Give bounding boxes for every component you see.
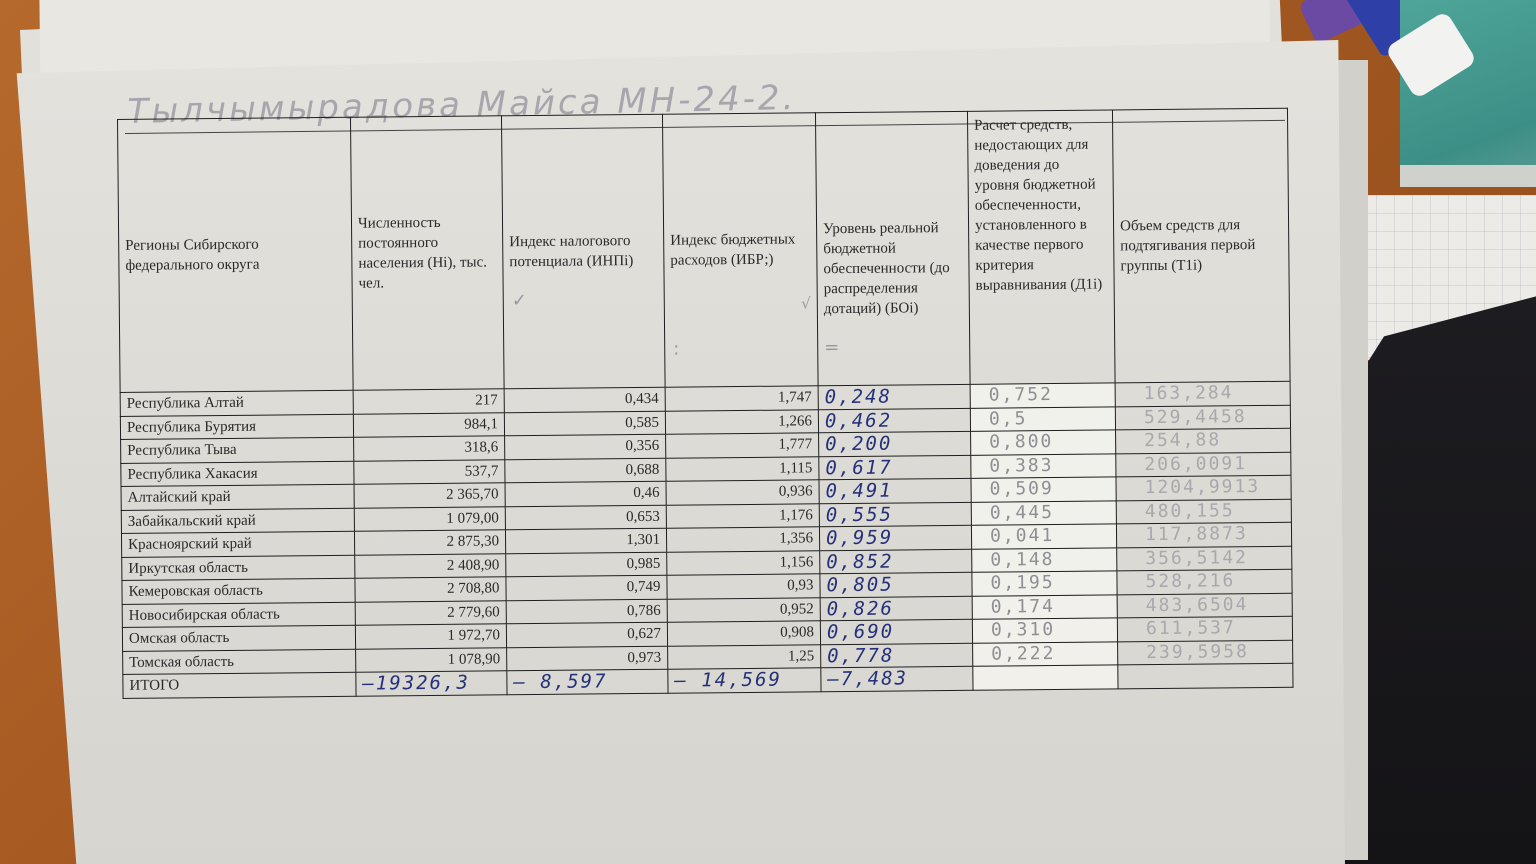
cell-budget-expenditure-index: 1,356 <box>666 527 819 552</box>
cell-budget-expenditure-index: 1,777 <box>666 433 819 458</box>
cell-region: Омская область <box>122 625 355 651</box>
cell-population: 1 078,90 <box>356 647 507 672</box>
cell-budget-expenditure-index: 1,176 <box>666 503 819 528</box>
cell-tax-potential-index: 0,653 <box>505 505 666 530</box>
header-text: Уровень реальной бюджетной обеспеченност… <box>823 178 963 319</box>
cell-first-group-funds: 206,0091 <box>1116 452 1291 477</box>
cell-shortfall: 0,5 <box>970 406 1115 431</box>
cell-shortfall: 0,310 <box>972 618 1117 643</box>
cell-tax-potential-index: 0,985 <box>506 552 667 577</box>
header-text: Индекс налогового потенциала (ИНПi) <box>509 233 633 270</box>
cell-region: Забайкальский край <box>121 508 354 534</box>
cell-budget-expenditure-index: 0,93 <box>667 574 820 599</box>
cell-shortfall: 0,222 <box>973 641 1118 666</box>
cell-population: 984,1 <box>353 412 504 437</box>
equals-mark: = <box>824 338 839 358</box>
cell-budget-sufficiency: 0,617 <box>819 455 971 480</box>
header-text: Объем средств для подтягивания первой гр… <box>1120 217 1255 274</box>
cell-population: 318,6 <box>354 436 505 461</box>
header-text: Регионы Сибирского федерального округа <box>125 237 259 274</box>
cell-region: Новосибирская область <box>122 602 355 628</box>
cell-shortfall: 0,174 <box>972 594 1117 619</box>
cell-budget-sufficiency: 0,462 <box>818 408 970 433</box>
cell-region: Республика Бурятия <box>120 414 353 440</box>
cell-budget-expenditure-index: 0,936 <box>666 480 819 505</box>
cell-tax-potential-index: 0,749 <box>506 575 667 600</box>
cell-budget-sufficiency: 0,852 <box>820 549 972 574</box>
cell-region: Республика Хакасия <box>121 461 354 487</box>
cell-first-group-funds: 163,284 <box>1115 381 1290 406</box>
cell-region: Томская область <box>123 649 356 675</box>
dark-fabric <box>1340 290 1536 864</box>
cell-first-group-funds: 611,537 <box>1117 616 1292 641</box>
cell-budget-sufficiency: 0,826 <box>820 596 972 621</box>
cell-budget-sufficiency: 0,690 <box>820 619 972 644</box>
cell-shortfall: 0,752 <box>970 383 1115 408</box>
header-first-group-funds: Объем средств для подтягивания первой гр… <box>1112 108 1290 383</box>
cell-budget-expenditure-index: 0,952 <box>667 597 820 622</box>
cell-region: Алтайский край <box>121 484 354 510</box>
check-mark-icon: √ <box>801 293 811 313</box>
header-budget-sufficiency: Уровень реальной бюджетной обеспеченност… <box>815 111 970 385</box>
cell-tax-potential-index: 0,46 <box>505 481 666 506</box>
cell-population: 2 708,80 <box>355 577 506 602</box>
cell-population: 2 408,90 <box>355 553 506 578</box>
cell-budget-expenditure-index: 1,156 <box>667 550 820 575</box>
cell-tax-potential-index: 1,301 <box>505 528 666 553</box>
cell-budget-sufficiency: 0,959 <box>819 525 971 550</box>
cell-region: Кемеровская область <box>122 578 355 604</box>
cell-population: 2 875,30 <box>354 530 505 555</box>
cell-budget-sufficiency: 0,778 <box>821 643 973 668</box>
header-budget-expenditure-index: Индекс бюджетных расходов (ИБР;) √ : <box>662 113 818 387</box>
cell-budget-expenditure-index: 1,266 <box>665 409 818 434</box>
total-budget-expenditure-index: — 14,569 <box>668 668 821 693</box>
cell-population: 537,7 <box>354 459 505 484</box>
cell-budget-sufficiency: 0,805 <box>820 572 972 597</box>
check-mark-icon: ✓ <box>512 291 527 311</box>
cell-population: 2 365,70 <box>354 483 505 508</box>
cell-first-group-funds: 117,8873 <box>1116 522 1291 547</box>
header-region: Регионы Сибирского федерального округа <box>118 117 354 392</box>
header-shortfall-calculation: Расчет средств, недостающих для доведени… <box>967 110 1115 384</box>
cell-tax-potential-index: 0,434 <box>504 387 665 412</box>
cell-tax-potential-index: 0,356 <box>505 434 666 459</box>
total-budget-sufficiency: —7,483 <box>821 666 973 691</box>
cell-shortfall: 0,195 <box>972 571 1117 596</box>
total-tax-potential-index: — 8,597 <box>507 669 668 694</box>
cell-first-group-funds: 528,216 <box>1117 569 1292 594</box>
header-text: Индекс бюджетных расходов (ИБР;) <box>670 231 795 268</box>
header-text: Численность постоянного населения (Hi), … <box>358 215 487 292</box>
cell-region: Республика Тыва <box>121 437 354 463</box>
cell-first-group-funds: 483,6504 <box>1117 593 1292 618</box>
cell-tax-potential-index: 0,627 <box>506 622 667 647</box>
cell-first-group-funds: 254,88 <box>1116 428 1291 453</box>
total-population: —19326,3 <box>356 671 507 696</box>
cell-region: Красноярский край <box>121 531 354 557</box>
cell-budget-expenditure-index: 1,25 <box>668 644 821 669</box>
total-first-group-funds <box>1118 663 1293 688</box>
calculation-table-container: Регионы Сибирского федерального округа Ч… <box>117 108 1294 699</box>
cell-population: 217 <box>353 389 504 414</box>
cell-population: 1 972,70 <box>355 624 506 649</box>
cell-budget-sufficiency: 0,200 <box>819 431 971 456</box>
cell-first-group-funds: 356,5142 <box>1117 546 1292 571</box>
cell-budget-expenditure-index: 1,747 <box>665 386 818 411</box>
cell-shortfall: 0,148 <box>972 547 1117 572</box>
cell-shortfall: 0,445 <box>971 500 1116 525</box>
cell-budget-expenditure-index: 1,115 <box>666 456 819 481</box>
cell-population: 1 079,00 <box>354 506 505 531</box>
cell-region: Иркутская область <box>122 555 355 581</box>
cell-first-group-funds: 1204,9913 <box>1116 475 1291 500</box>
cell-first-group-funds: 239,5958 <box>1118 640 1293 665</box>
cell-shortfall: 0,509 <box>971 477 1116 502</box>
cell-budget-expenditure-index: 0,908 <box>667 621 820 646</box>
cell-population: 2 779,60 <box>355 600 506 625</box>
total-shortfall <box>973 665 1118 690</box>
cell-tax-potential-index: 0,786 <box>506 599 667 624</box>
cell-tax-potential-index: 0,973 <box>507 646 668 671</box>
header-tax-potential-index: Индекс налогового потенциала (ИНПi) ✓ <box>501 114 665 389</box>
cell-shortfall: 0,041 <box>971 524 1116 549</box>
cell-shortfall: 0,383 <box>971 453 1116 478</box>
header-population: Численность постоянного населения (Hi), … <box>350 116 504 390</box>
table-body: Республика Алтай2170,4341,7470,2480,7521… <box>120 381 1293 674</box>
cell-first-group-funds: 529,4458 <box>1115 405 1290 430</box>
header-text: Расчет средств, недостающих для доведени… <box>974 117 1102 294</box>
cell-budget-sufficiency: 0,491 <box>819 478 971 503</box>
cell-tax-potential-index: 0,688 <box>505 458 666 483</box>
cell-shortfall: 0,800 <box>971 430 1116 455</box>
cell-region: Республика Алтай <box>120 390 353 416</box>
cell-tax-potential-index: 0,585 <box>504 411 665 436</box>
calculation-table: Регионы Сибирского федерального округа Ч… <box>117 108 1294 699</box>
table-header-row: Регионы Сибирского федерального округа Ч… <box>118 108 1291 392</box>
cell-first-group-funds: 480,155 <box>1116 499 1291 524</box>
notebook-edge <box>1400 165 1536 187</box>
cell-budget-sufficiency: 0,248 <box>818 384 970 409</box>
total-label: ИТОГО <box>123 672 356 698</box>
colon-mark: : <box>673 340 679 360</box>
cell-budget-sufficiency: 0,555 <box>819 502 971 527</box>
